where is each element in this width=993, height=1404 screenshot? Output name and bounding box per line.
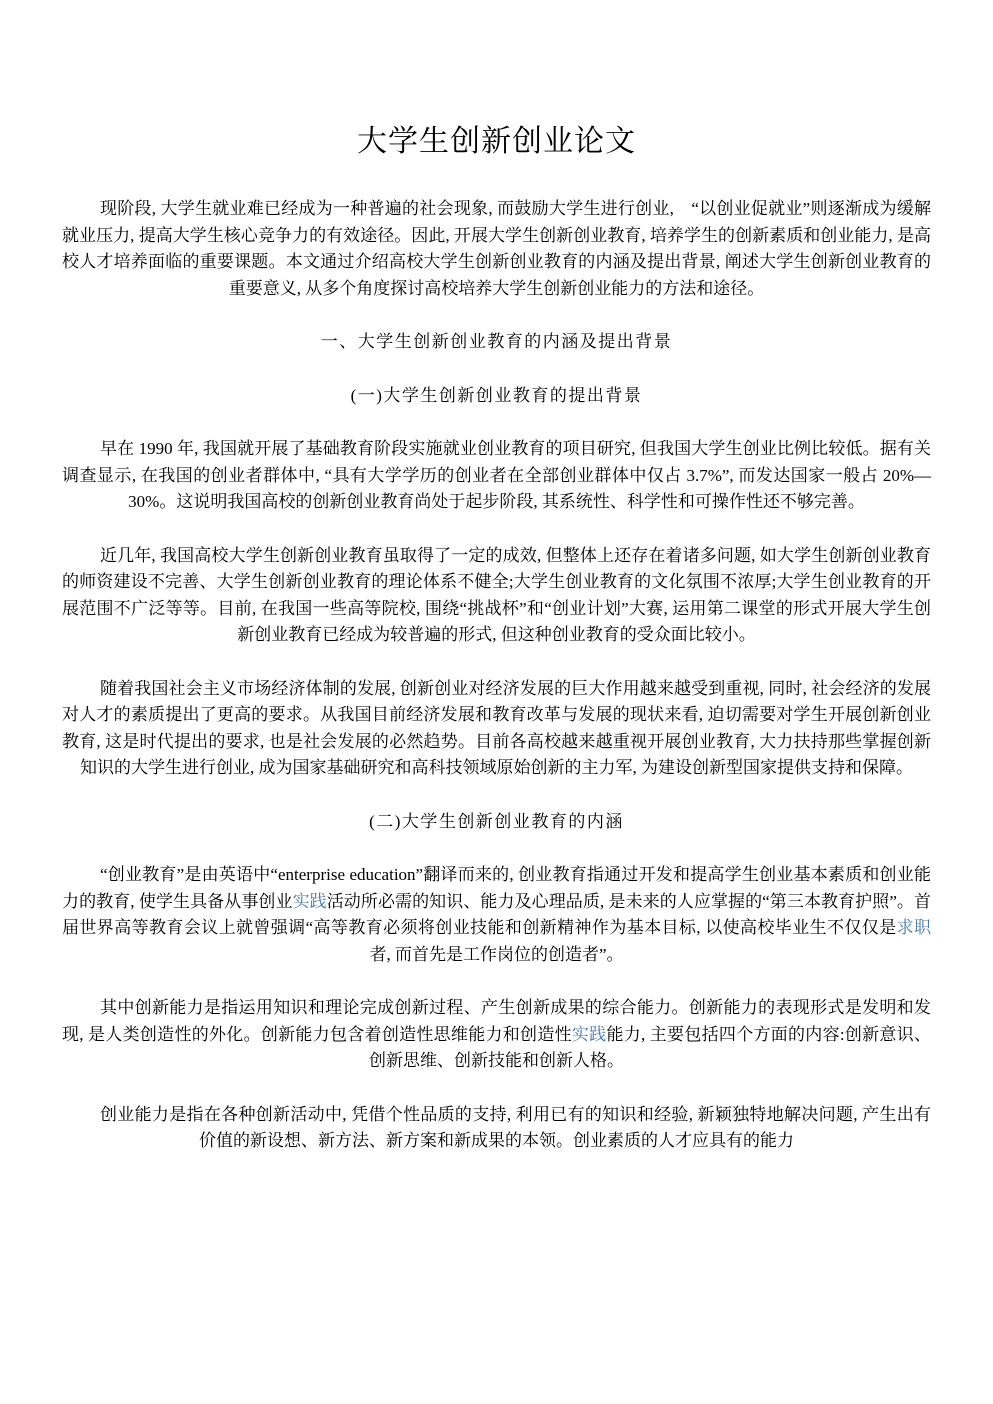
paragraph-market-economy: 随着我国社会主义市场经济体制的发展, 创新创业对经济发展的巨大作用越来越受到重视… xyxy=(62,676,931,782)
link-practice-1[interactable]: 实践 xyxy=(293,892,327,911)
paragraph-recent-years: 近几年, 我国高校大学生创新创业教育虽取得了一定的成效, 但整体上还存在着诸多问… xyxy=(62,543,931,649)
document-page: 大学生创新创业论文 现阶段, 大学生就业难已经成为一种普遍的社会现象, 而鼓励大… xyxy=(0,0,993,1404)
heading-section-1-2: (二)大学生创新创业教育的内涵 xyxy=(62,809,931,836)
paragraph-background-1990: 早在 1990 年, 我国就开展了基础教育阶段实施就业创业教育的项目研究, 但我… xyxy=(62,436,931,516)
paragraph-intro: 现阶段, 大学生就业难已经成为一种普遍的社会现象, 而鼓励大学生进行创业, “以… xyxy=(62,196,931,302)
document-title: 大学生创新创业论文 xyxy=(62,122,931,162)
paragraph-entrepreneurship-ability: 创业能力是指在各种创新活动中, 凭借个性品质的支持, 利用已有的知识和经验, 新… xyxy=(62,1102,931,1155)
text-run: 者, 而首先是工作岗位的创造者”。 xyxy=(369,945,623,964)
heading-section-1-1: (一)大学生创新创业教育的提出背景 xyxy=(62,383,931,410)
paragraph-definition: “创业教育”是由英语中“enterprise education”翻译而来的, … xyxy=(62,862,931,968)
paragraph-innovation-ability: 其中创新能力是指运用知识和理论完成创新过程、产生创新成果的综合能力。创新能力的表… xyxy=(62,995,931,1075)
link-practice-2[interactable]: 实践 xyxy=(572,1025,607,1044)
link-job-seeking[interactable]: 求职 xyxy=(897,918,931,937)
heading-section-1: 一、大学生创新创业教育的内涵及提出背景 xyxy=(62,329,931,356)
